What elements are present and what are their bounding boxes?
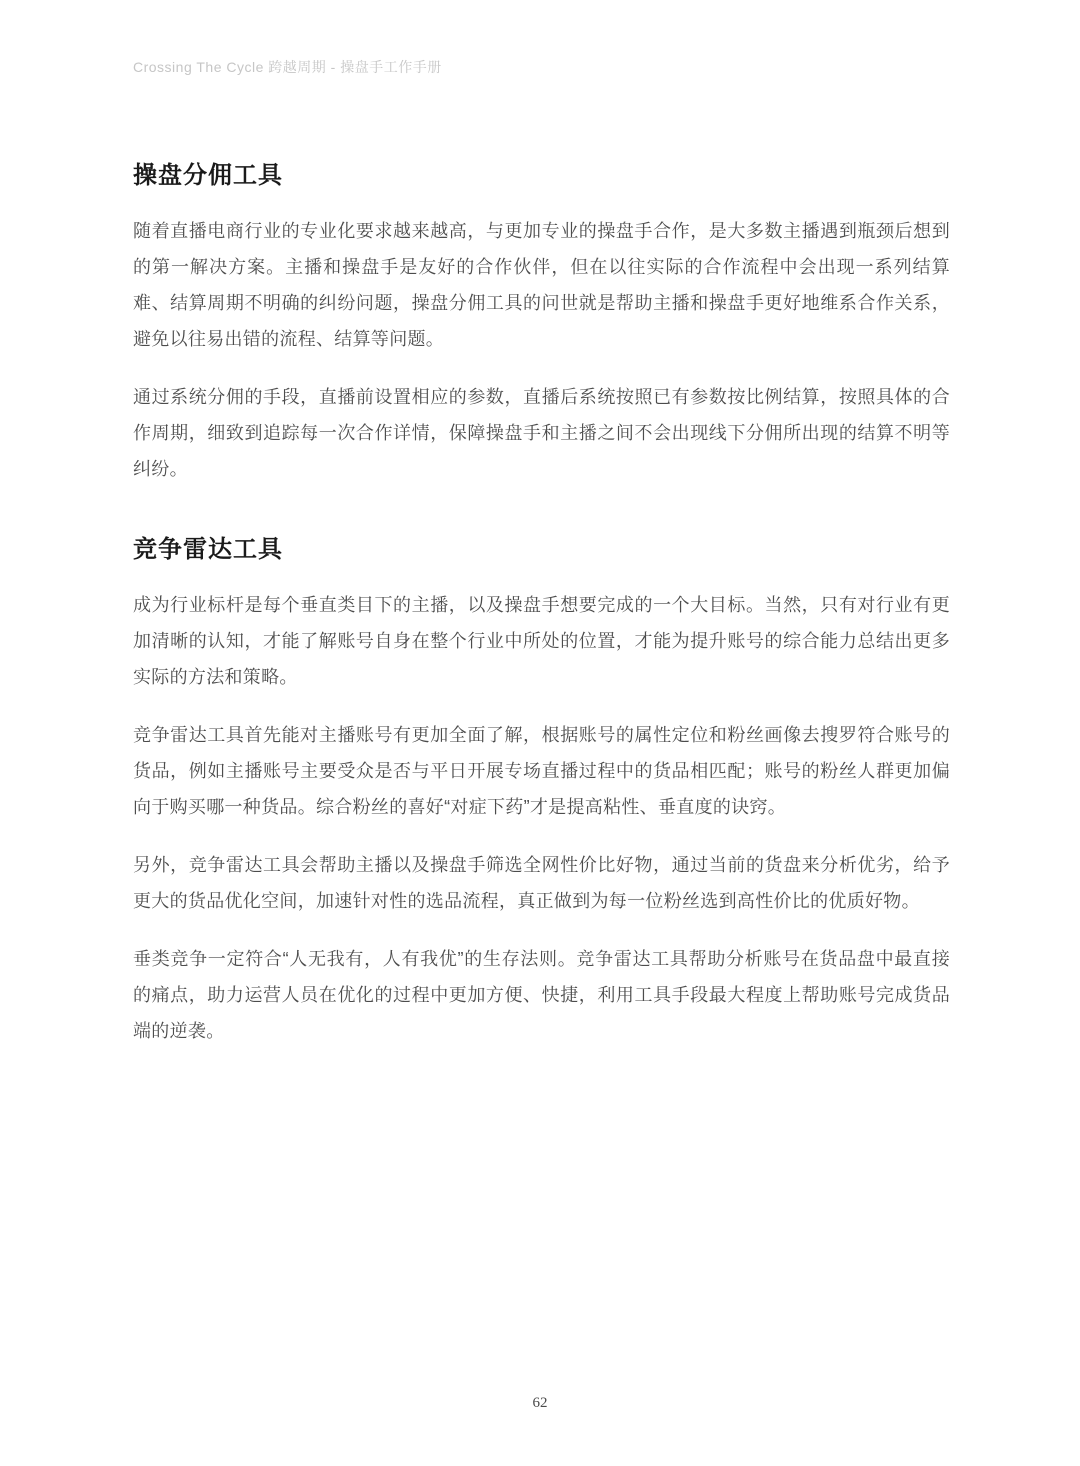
- section-heading-radar-tool: 竞争雷达工具: [133, 535, 950, 565]
- page-number: 62: [0, 1395, 1080, 1412]
- document-page: Crossing The Cycle 跨越周期 - 操盘手工作手册 操盘分佣工具…: [0, 0, 1080, 1466]
- paragraph-radar-goal: 成为行业标杆是每个垂直类目下的主播，以及操盘手想要完成的一个大目标。当然，只有对…: [133, 587, 950, 695]
- running-header: Crossing The Cycle 跨越周期 - 操盘手工作手册: [133, 57, 950, 77]
- paragraph-radar-account: 竞争雷达工具首先能对主播账号有更加全面了解，根据账号的属性定位和粉丝画像去搜罗符…: [133, 717, 950, 825]
- paragraph-radar-competition: 垂类竞争一定符合“人无我有，人有我优”的生存法则。竞争雷达工具帮助分析账号在货品…: [133, 941, 950, 1049]
- paragraph-commission-system: 通过系统分佣的手段，直播前设置相应的参数，直播后系统按照已有参数按比例结算，按照…: [133, 379, 950, 487]
- section-heading-commission-tool: 操盘分佣工具: [133, 161, 950, 191]
- paragraph-commission-intro: 随着直播电商行业的专业化要求越来越高，与更加专业的操盘手合作，是大多数主播遇到瓶…: [133, 213, 950, 357]
- paragraph-radar-selection: 另外，竞争雷达工具会帮助主播以及操盘手筛选全网性价比好物，通过当前的货盘来分析优…: [133, 847, 950, 919]
